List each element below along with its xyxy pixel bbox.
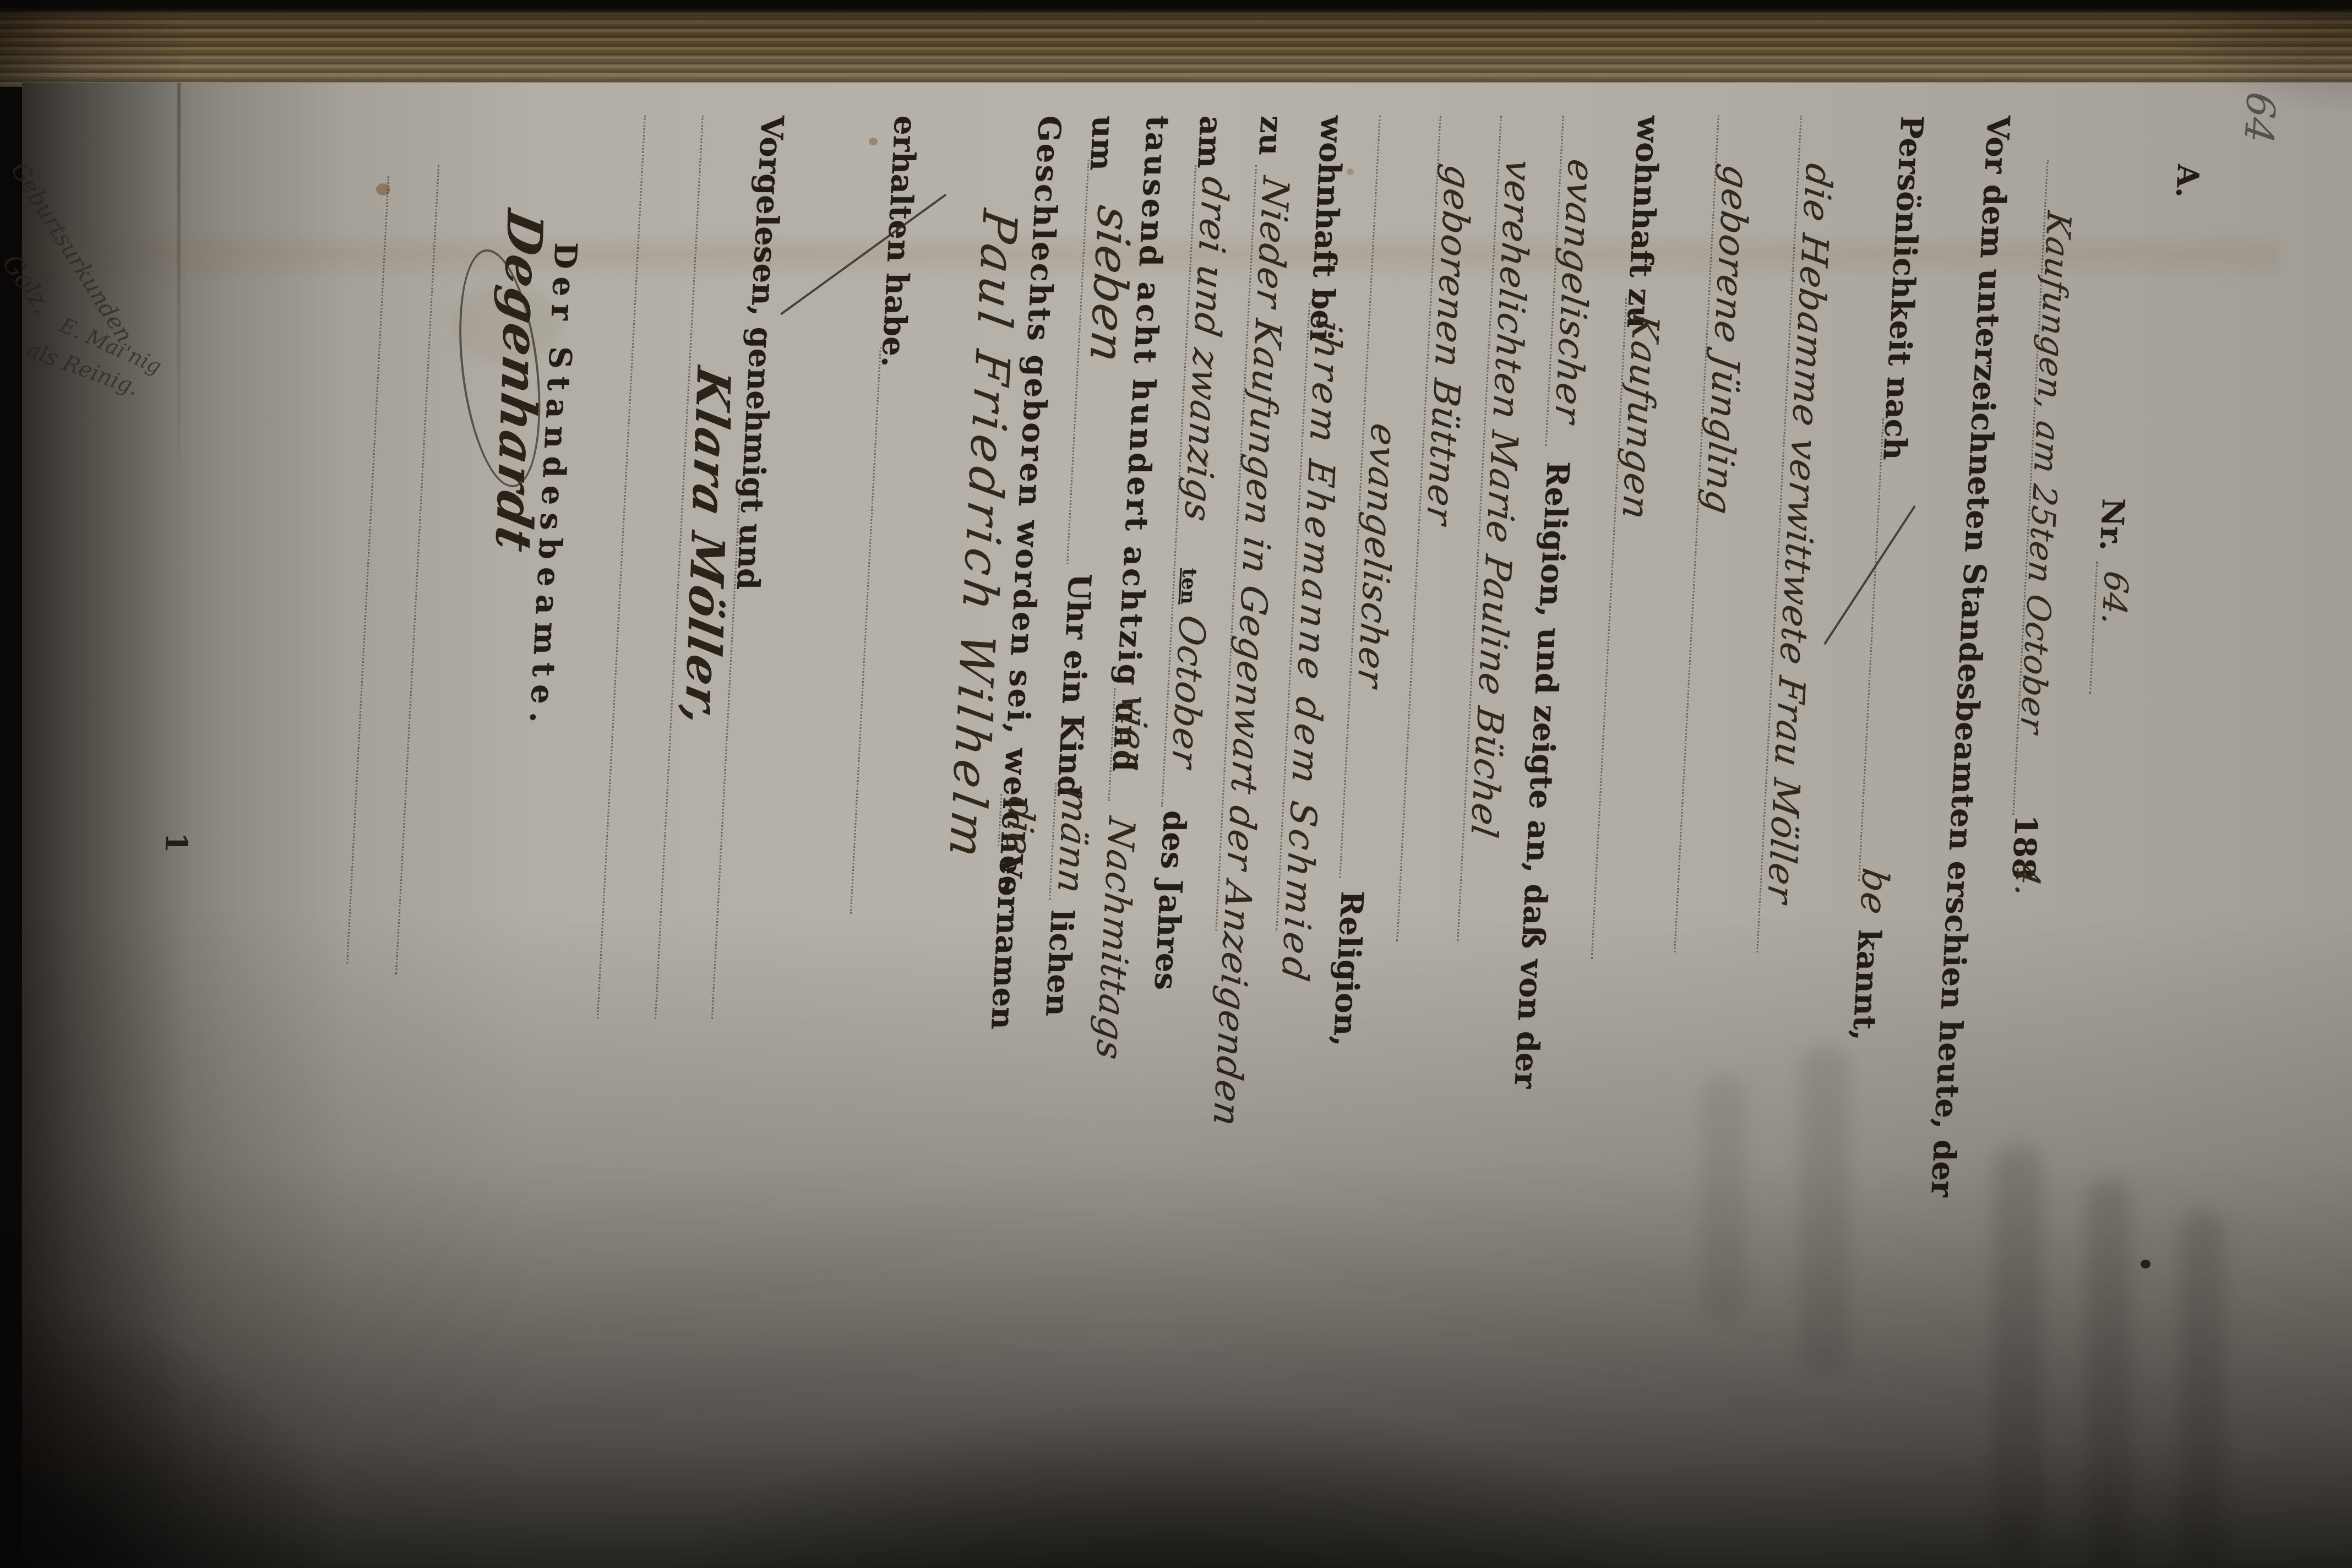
line-14-h1-handwritten: drei und zwanzigs — [1179, 175, 1233, 525]
pencil-folio-number: 64 — [2239, 90, 2281, 146]
book-edge-wood — [0, 0, 2352, 87]
line-10-h-handwritten: geborenen Büttner — [1421, 162, 1476, 528]
cancellation-stroke-2 — [780, 194, 946, 315]
line-19-rule — [850, 347, 881, 914]
line-7-h-handwritten: Kaufungen — [1617, 311, 1664, 522]
form-letter: A. — [2172, 164, 2203, 198]
line-4-rule — [1858, 418, 1884, 881]
line-8-h-handwritten: evangelischer — [1549, 157, 1599, 426]
line-15-h2-handwritten: Nachmittags — [1091, 815, 1140, 1063]
line-16-a-printed: um — [1086, 116, 1119, 171]
line-4-a-printed: Persönlichkeit nach — [1879, 116, 1928, 460]
line-22-rule — [597, 116, 646, 1019]
line-5-h-handwritten: die Hebamme verwittwete Frau Möller — [1762, 161, 1837, 906]
line-7-a-printed: wohnhaft zu — [1623, 116, 1664, 328]
page-sheet-number: 1 — [161, 832, 192, 853]
cancellation-stroke-1 — [1823, 505, 1915, 645]
line-3-t-printed: Vor dem unterzeichneten Standesbeamten e… — [1926, 116, 2014, 1197]
line-16-c-printed: lichen — [1041, 910, 1077, 1016]
line-14-h2-handwritten: October — [1166, 613, 1210, 771]
line-1-num-handwritten: 64. — [2097, 569, 2133, 628]
line-16-h2-handwritten: männ — [1052, 786, 1093, 896]
line-2-y4-handwritten: 4. — [2010, 862, 2045, 900]
line-17-h-handwritten: die — [1000, 794, 1039, 858]
line-25-rule — [395, 165, 439, 974]
line-4-h-handwritten: be — [1855, 866, 1893, 918]
line-15-h1-handwritten: vier — [1113, 692, 1152, 771]
line-11-h-handwritten: evangelischer — [1352, 421, 1402, 690]
register-form: 64 A. Nr.64.Kaufungen, am 25ten October1… — [104, 83, 2352, 1568]
line-12-h-handwritten: ihrem Ehemanne dem Schmied — [1276, 318, 1347, 987]
line-14-c-printed: des Jahres — [1150, 810, 1190, 990]
line-16-b-printed: Uhr ein Kind — [1053, 574, 1095, 797]
line-11-b-printed: Religion, — [1329, 891, 1368, 1047]
line-6-h-handwritten: geborene Jüngling — [1700, 162, 1754, 518]
book-photo: 64 A. Nr.64.Kaufungen, am 25ten October1… — [0, 0, 2352, 1568]
line-17-b-printed: Vornamen — [987, 854, 1027, 1030]
line-16-h1-handwritten: sieben — [1084, 203, 1137, 366]
line-26-rule — [346, 176, 389, 963]
line-21-h-signature: Klara Möller, — [678, 364, 737, 731]
line-13-a-printed: zu — [1254, 116, 1287, 156]
line-14-b-printed: ten — [1178, 568, 1199, 605]
line-16-rule — [1066, 160, 1090, 564]
line-14-a-printed: am — [1193, 116, 1227, 168]
line-4-b-printed: kannt, — [1848, 929, 1885, 1041]
line-20-a-printed: Vorgelesen, genehmigt und — [732, 116, 788, 590]
line-12-a-printed: wohnhaft bei — [1305, 116, 1347, 341]
line-19-a-printed: erhalten habe. — [877, 116, 921, 367]
line-1-nr-printed: Nr. — [2095, 498, 2128, 551]
line-2-entry-handwritten: Kaufungen, am 25ten October — [2015, 209, 2075, 736]
